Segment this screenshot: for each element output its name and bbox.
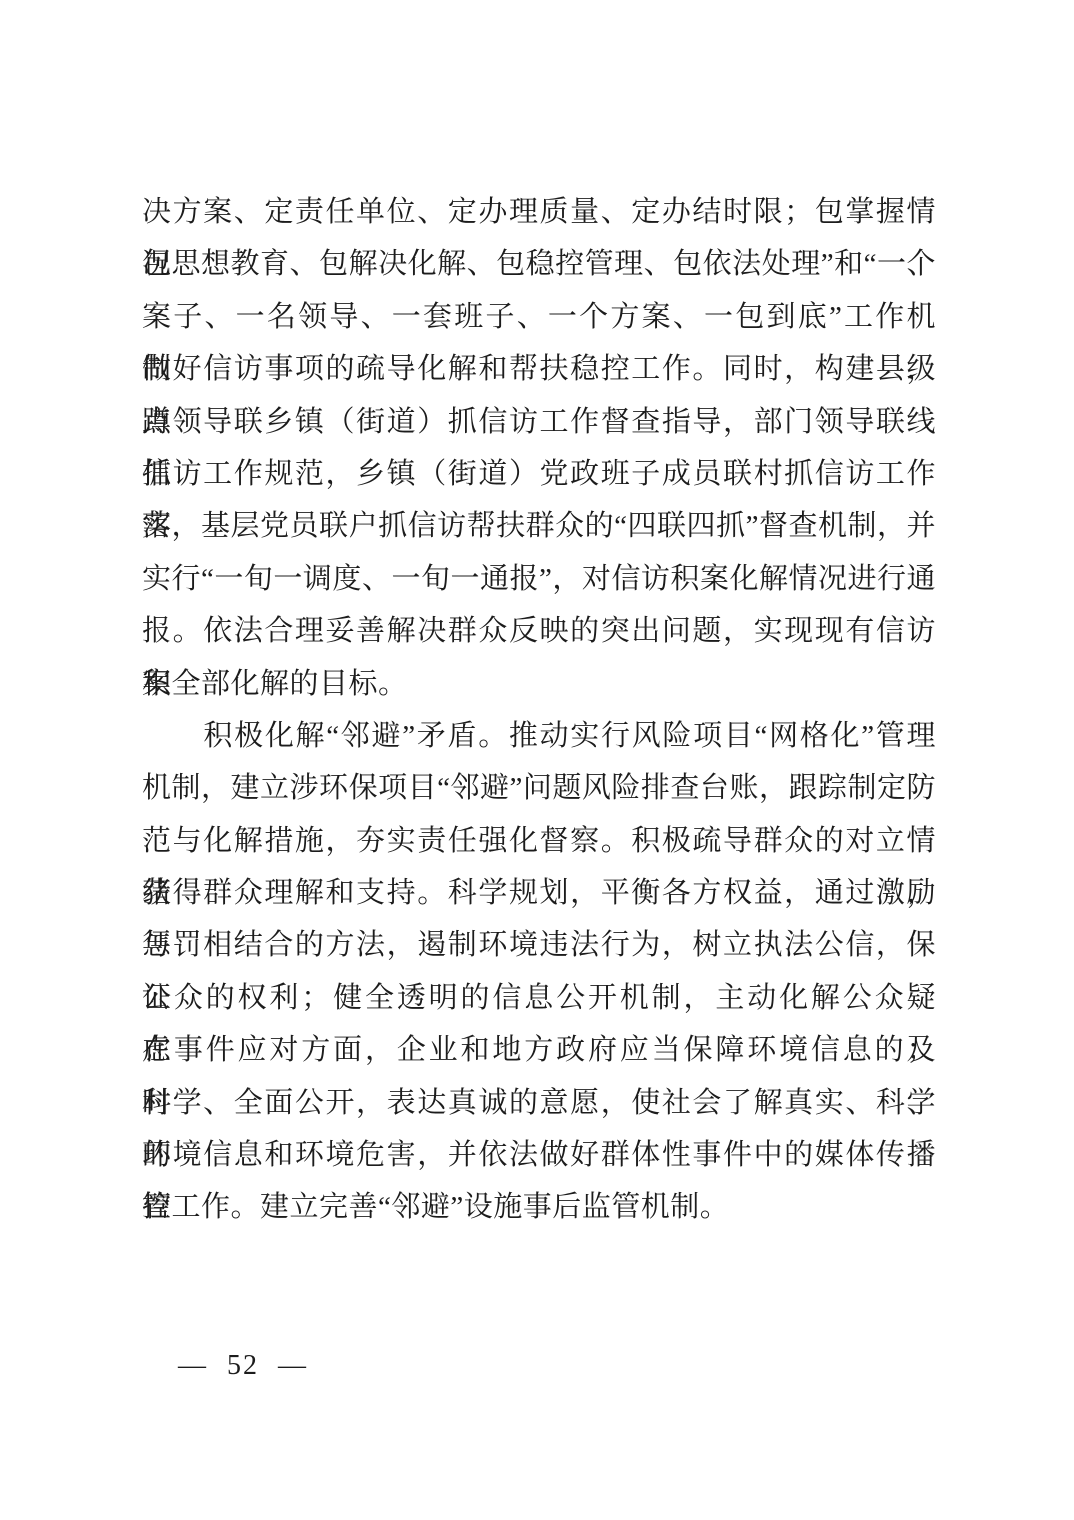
text-line: 决方案、定责任单位、定办理质量、定办结时限；包掌握情况、: [142, 186, 936, 238]
text-line: 包思想教育、包解决化解、包稳控管理、包依法处理”和“一个: [142, 238, 936, 290]
text-line: 公众的权利；健全透明的信息公开机制，主动化解公众疑虑；: [142, 972, 936, 1024]
text-line: 点领导联乡镇（街道）抓信访工作督查指导，部门领导联线抓: [142, 396, 936, 448]
text-line: 获得群众理解和支持。科学规划，平衡各方权益，通过激励与: [142, 867, 936, 919]
page-number: — 52 —: [178, 1350, 308, 1381]
text-line-paragraph-start: 积极化解“邻避”矛盾。推动实行风险项目“网格化”管理: [142, 710, 936, 762]
page-footer: — 52 —: [178, 1350, 308, 1382]
document-page: 决方案、定责任单位、定办理质量、定办结时限；包掌握情况、 包思想教育、包解决化解…: [0, 0, 1074, 1520]
text-line: 案子、一名领导、一套班子、一个方案、一包到底”工作机制，: [142, 291, 936, 343]
text-line: 信访工作规范，乡镇（街道）党政班子成员联村抓信访工作落: [142, 448, 936, 500]
text-line: 环境信息和环境危害，并依法做好群体性事件中的媒体传播管: [142, 1129, 936, 1181]
text-line: 科学、全面公开，表达真诚的意愿，使社会了解真实、科学的: [142, 1077, 936, 1129]
text-line: 惩罚相结合的方法，遏制环境违法行为，树立执法公信，保证: [142, 919, 936, 971]
text-line-paragraph-end: 控工作。建立完善“邻避”设施事后监管机制。: [142, 1181, 936, 1233]
body-text: 决方案、定责任单位、定办理质量、定办结时限；包掌握情况、 包思想教育、包解决化解…: [142, 186, 936, 1234]
text-line: 实，基层党员联户抓信访帮扶群众的“四联四抓”督查机制，并: [142, 500, 936, 552]
text-line: 在事件应对方面，企业和地方政府应当保障环境信息的及时、: [142, 1024, 936, 1076]
text-line-paragraph-end: 案全部化解的目标。: [142, 658, 936, 710]
text-line: 做好信访事项的疏导化解和帮扶稳控工作。同时，构建县级蹲: [142, 343, 936, 395]
text-line: 机制，建立涉环保项目“邻避”问题风险排查台账，跟踪制定防: [142, 762, 936, 814]
text-line: 范与化解措施，夯实责任强化督察。积极疏导群众的对立情绪，: [142, 815, 936, 867]
text-line: 报。依法合理妥善解决群众反映的突出问题，实现现有信访积: [142, 605, 936, 657]
text-line: 实行“一旬一调度、一旬一通报”，对信访积案化解情况进行通: [142, 553, 936, 605]
